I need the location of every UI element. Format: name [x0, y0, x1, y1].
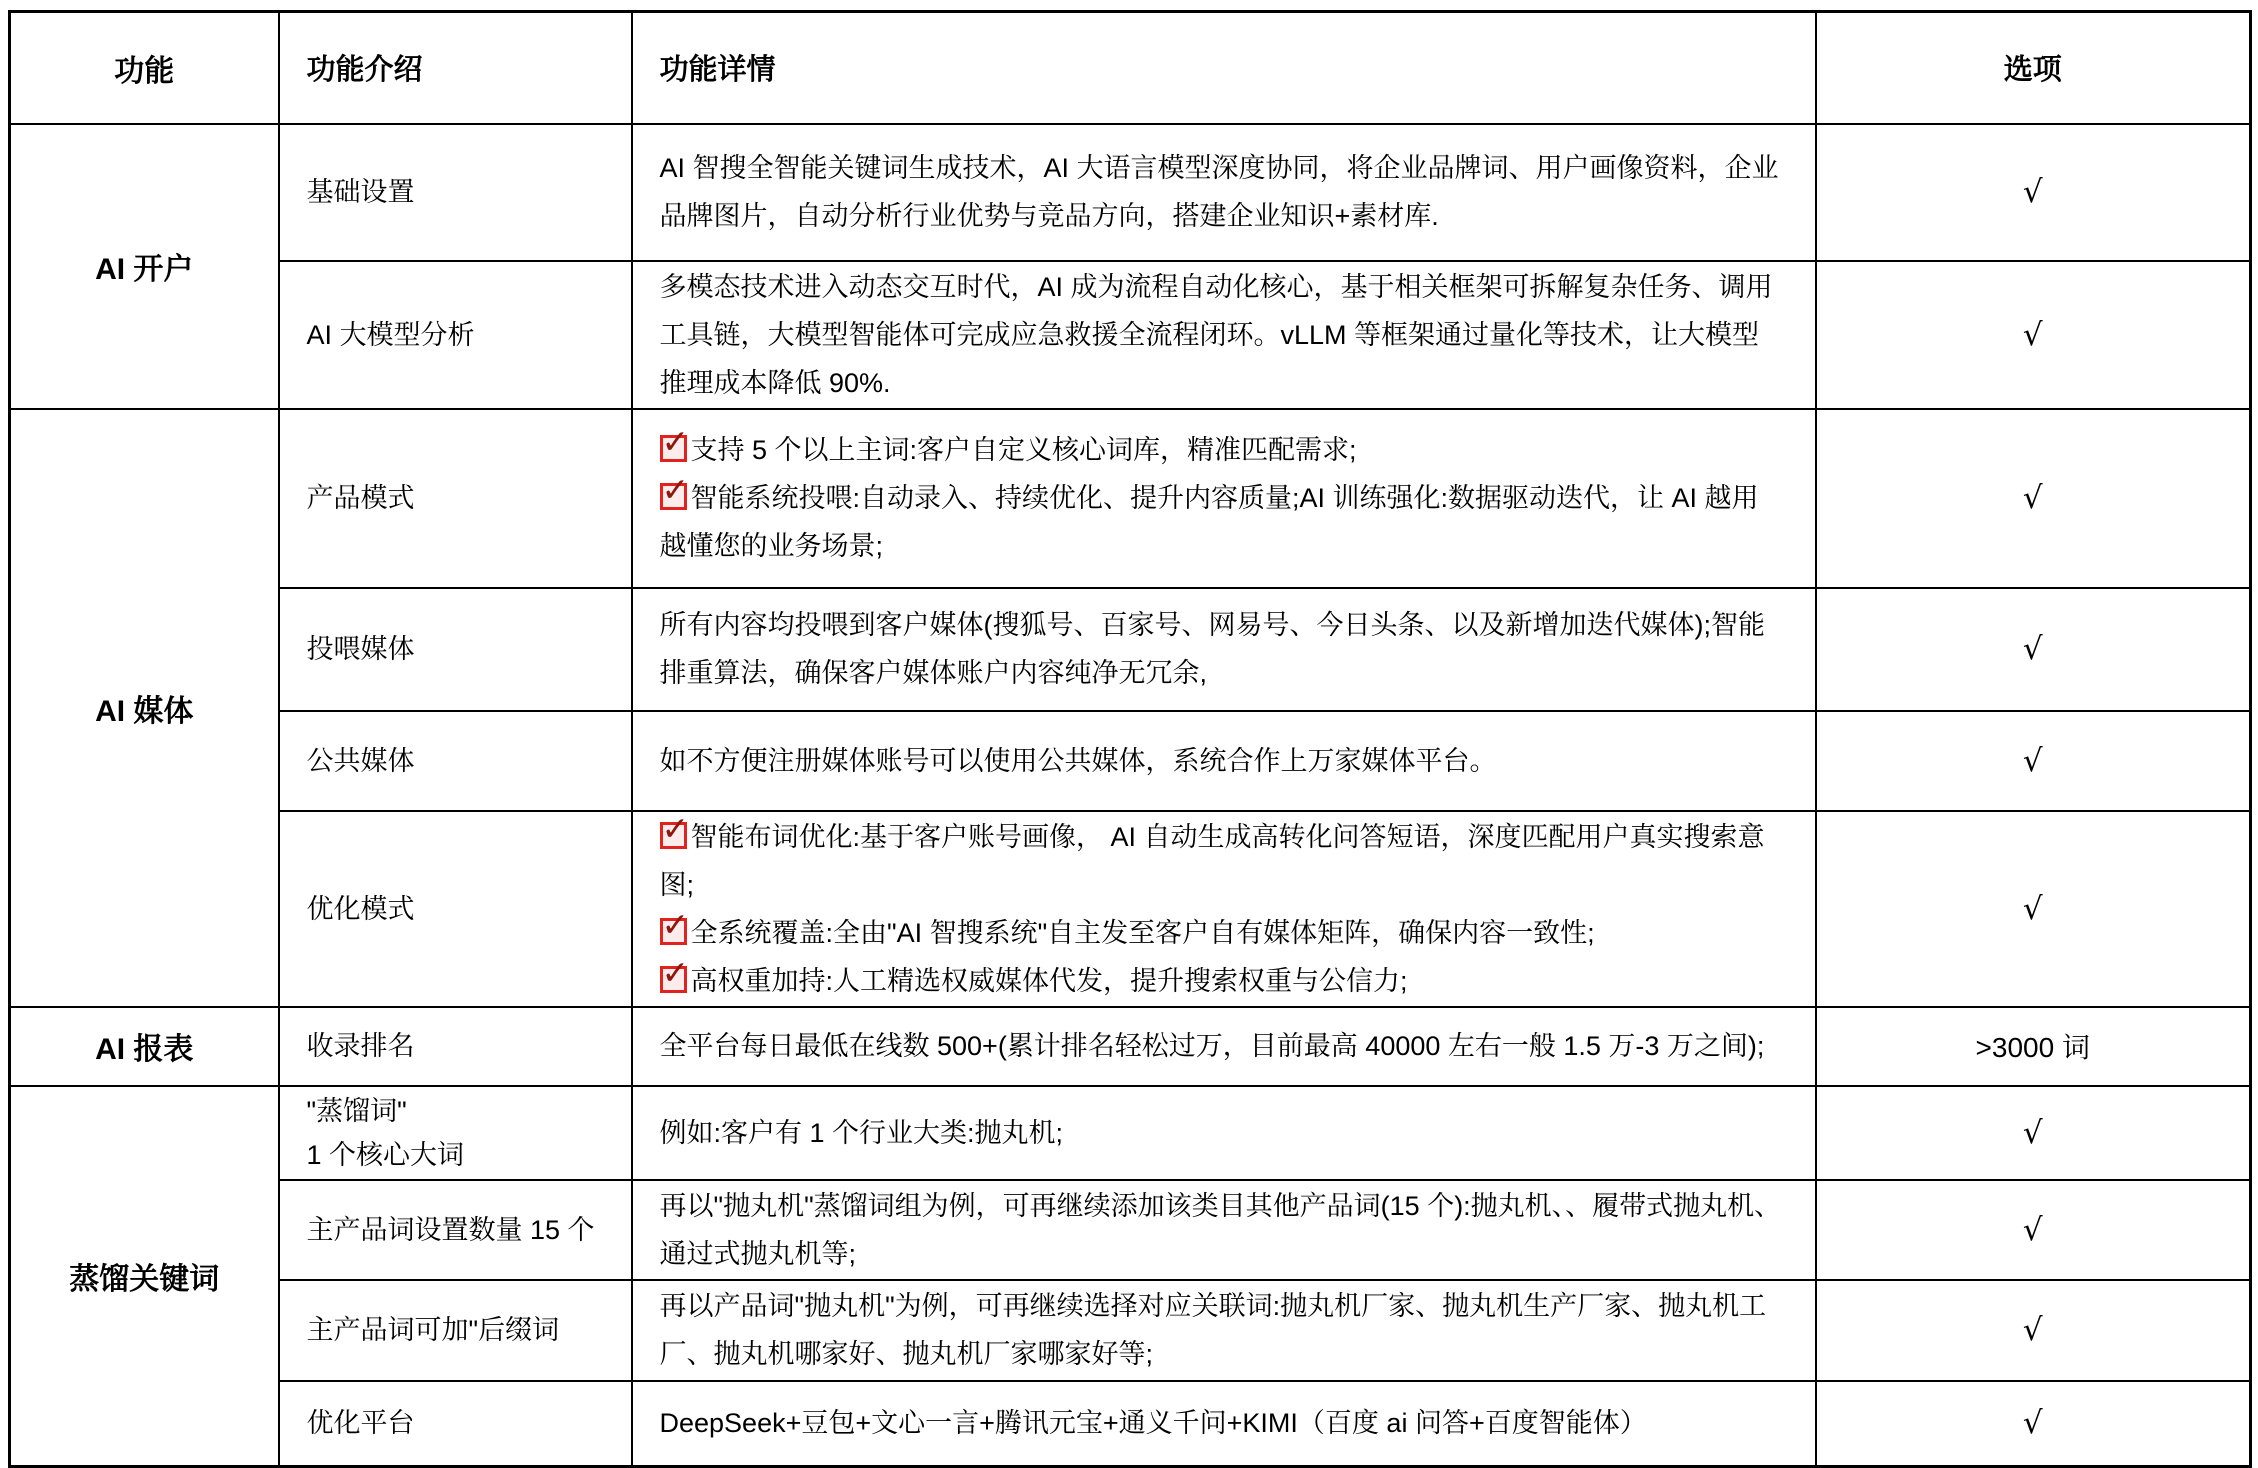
table-row: 优化模式✓智能布词优化:基于客户账号画像， AI 自动生成高转化问答短语，深度匹… — [10, 811, 2251, 1007]
header-detail: 功能详情 — [632, 12, 1816, 124]
feature-table: 功能 功能介绍 功能详情 选项 AI 开户基础设置AI 智搜全智能关键词生成技术… — [8, 10, 2252, 1468]
group-cell: AI 媒体 — [10, 409, 279, 1007]
option-cell: √ — [1816, 1086, 2251, 1180]
detail-cell: 全平台每日最低在线数 500+(累计排名轻松过万，目前最高 40000 左右一般… — [632, 1007, 1816, 1086]
detail-cell: 再以产品词"抛丸机"为例，可再继续选择对应关联词:抛丸机厂家、抛丸机生产厂家、抛… — [632, 1280, 1816, 1381]
table-row: AI 开户基础设置AI 智搜全智能关键词生成技术，AI 大语言模型深度协同，将企… — [10, 124, 2251, 261]
intro-cell: 产品模式 — [279, 409, 632, 588]
detail-paragraph: 全平台每日最低在线数 500+(累计排名轻松过万，目前最高 40000 左右一般… — [660, 1022, 1785, 1070]
table-row: AI 媒体产品模式✓支持 5 个以上主词:客户自定义核心词库，精准匹配需求;✓智… — [10, 409, 2251, 588]
check-mark: √ — [2023, 1312, 2043, 1348]
red-checkbox-icon: ✓ — [660, 483, 687, 510]
red-checkbox-icon: ✓ — [660, 435, 687, 462]
header-option: 选项 — [1816, 12, 2251, 124]
option-cell: √ — [1816, 1381, 2251, 1467]
option-cell: >3000 词 — [1816, 1007, 2251, 1086]
group-cell: 蒸馏关键词 — [10, 1086, 279, 1467]
detail-paragraph: 例如:客户有 1 个行业大类:抛丸机; — [660, 1109, 1785, 1157]
intro-cell: 基础设置 — [279, 124, 632, 261]
red-checkbox-icon: ✓ — [660, 966, 687, 993]
detail-paragraph: ✓智能布词优化:基于客户账号画像， AI 自动生成高转化问答短语，深度匹配用户真… — [660, 813, 1785, 909]
detail-paragraph: ✓全系统覆盖:全由"AI 智搜系统"自主发至客户自有媒体矩阵，确保内容一致性; — [660, 909, 1785, 957]
table-header-row: 功能 功能介绍 功能详情 选项 — [10, 12, 2251, 124]
check-mark: √ — [2023, 1405, 2043, 1441]
check-mark: √ — [2023, 317, 2043, 353]
check-mark: √ — [2023, 1115, 2043, 1151]
red-checkbox-icon: ✓ — [660, 918, 687, 945]
intro-cell: 投喂媒体 — [279, 588, 632, 711]
intro-cell: 主产品词设置数量 15 个 — [279, 1180, 632, 1280]
option-cell: √ — [1816, 711, 2251, 811]
check-mark: √ — [2023, 631, 2043, 667]
intro-cell: 主产品词可加"后缀词 — [279, 1280, 632, 1381]
intro-cell: 优化模式 — [279, 811, 632, 1007]
option-cell: √ — [1816, 1280, 2251, 1381]
table-row: 优化平台DeepSeek+豆包+文心一言+腾讯元宝+通义千问+KIMI（百度 a… — [10, 1381, 2251, 1467]
detail-paragraph: ✓高权重加持:人工精选权威媒体代发，提升搜索权重与公信力; — [660, 957, 1785, 1005]
check-mark: √ — [2023, 891, 2043, 927]
intro-cell: AI 大模型分析 — [279, 261, 632, 409]
detail-paragraph: 多模态技术进入动态交互时代，AI 成为流程自动化核心，基于相关框架可拆解复杂任务… — [660, 263, 1785, 407]
detail-cell: AI 智搜全智能关键词生成技术，AI 大语言模型深度协同，将企业品牌词、用户画像… — [632, 124, 1816, 261]
table-row: 主产品词可加"后缀词再以产品词"抛丸机"为例，可再继续选择对应关联词:抛丸机厂家… — [10, 1280, 2251, 1381]
red-checkbox-icon: ✓ — [660, 822, 687, 849]
detail-cell: 例如:客户有 1 个行业大类:抛丸机; — [632, 1086, 1816, 1180]
table-row: 蒸馏关键词"蒸馏词"1 个核心大词例如:客户有 1 个行业大类:抛丸机;√ — [10, 1086, 2251, 1180]
detail-paragraph: DeepSeek+豆包+文心一言+腾讯元宝+通义千问+KIMI（百度 ai 问答… — [660, 1399, 1785, 1447]
feature-table-wrapper: 功能 功能介绍 功能详情 选项 AI 开户基础设置AI 智搜全智能关键词生成技术… — [8, 10, 2249, 1468]
header-intro: 功能介绍 — [279, 12, 632, 124]
option-cell: √ — [1816, 1180, 2251, 1280]
detail-cell: 再以"抛丸机"蒸馏词组为例，可再继续添加该类目其他产品词(15 个):抛丸机、、… — [632, 1180, 1816, 1280]
option-cell: √ — [1816, 811, 2251, 1007]
table-row: 投喂媒体所有内容均投喂到客户媒体(搜狐号、百家号、网易号、今日头条、以及新增加迭… — [10, 588, 2251, 711]
detail-cell: 如不方便注册媒体账号可以使用公共媒体，系统合作上万家媒体平台。 — [632, 711, 1816, 811]
option-cell: √ — [1816, 409, 2251, 588]
group-cell: AI 开户 — [10, 124, 279, 409]
table-row: 公共媒体如不方便注册媒体账号可以使用公共媒体，系统合作上万家媒体平台。√ — [10, 711, 2251, 811]
table-row: AI 大模型分析多模态技术进入动态交互时代，AI 成为流程自动化核心，基于相关框… — [10, 261, 2251, 409]
intro-cell: "蒸馏词"1 个核心大词 — [279, 1086, 632, 1180]
detail-paragraph: ✓智能系统投喂:自动录入、持续优化、提升内容质量;AI 训练强化:数据驱动迭代，… — [660, 474, 1785, 570]
table-row: 主产品词设置数量 15 个再以"抛丸机"蒸馏词组为例，可再继续添加该类目其他产品… — [10, 1180, 2251, 1280]
header-function: 功能 — [10, 12, 279, 124]
detail-paragraph: 再以"抛丸机"蒸馏词组为例，可再继续添加该类目其他产品词(15 个):抛丸机、、… — [660, 1182, 1785, 1278]
detail-cell: 多模态技术进入动态交互时代，AI 成为流程自动化核心，基于相关框架可拆解复杂任务… — [632, 261, 1816, 409]
detail-cell: ✓支持 5 个以上主词:客户自定义核心词库，精准匹配需求;✓智能系统投喂:自动录… — [632, 409, 1816, 588]
option-value: >3000 词 — [1976, 1032, 2090, 1063]
check-mark: √ — [2023, 743, 2043, 779]
intro-cell: 优化平台 — [279, 1381, 632, 1467]
detail-paragraph: 如不方便注册媒体账号可以使用公共媒体，系统合作上万家媒体平台。 — [660, 737, 1785, 785]
intro-cell: 收录排名 — [279, 1007, 632, 1086]
group-cell: AI 报表 — [10, 1007, 279, 1086]
check-mark: √ — [2023, 480, 2043, 516]
detail-paragraph: AI 智搜全智能关键词生成技术，AI 大语言模型深度协同，将企业品牌词、用户画像… — [660, 144, 1785, 240]
check-mark: √ — [2023, 1212, 2043, 1248]
option-cell: √ — [1816, 124, 2251, 261]
option-cell: √ — [1816, 588, 2251, 711]
detail-paragraph: 再以产品词"抛丸机"为例，可再继续选择对应关联词:抛丸机厂家、抛丸机生产厂家、抛… — [660, 1282, 1785, 1378]
detail-paragraph: 所有内容均投喂到客户媒体(搜狐号、百家号、网易号、今日头条、以及新增加迭代媒体)… — [660, 601, 1785, 697]
table-body: AI 开户基础设置AI 智搜全智能关键词生成技术，AI 大语言模型深度协同，将企… — [10, 124, 2251, 1467]
detail-cell: ✓智能布词优化:基于客户账号画像， AI 自动生成高转化问答短语，深度匹配用户真… — [632, 811, 1816, 1007]
option-cell: √ — [1816, 261, 2251, 409]
check-mark: √ — [2023, 174, 2043, 210]
detail-cell: 所有内容均投喂到客户媒体(搜狐号、百家号、网易号、今日头条、以及新增加迭代媒体)… — [632, 588, 1816, 711]
detail-cell: DeepSeek+豆包+文心一言+腾讯元宝+通义千问+KIMI（百度 ai 问答… — [632, 1381, 1816, 1467]
detail-paragraph: ✓支持 5 个以上主词:客户自定义核心词库，精准匹配需求; — [660, 426, 1785, 474]
intro-cell: 公共媒体 — [279, 711, 632, 811]
table-row: AI 报表收录排名全平台每日最低在线数 500+(累计排名轻松过万，目前最高 4… — [10, 1007, 2251, 1086]
